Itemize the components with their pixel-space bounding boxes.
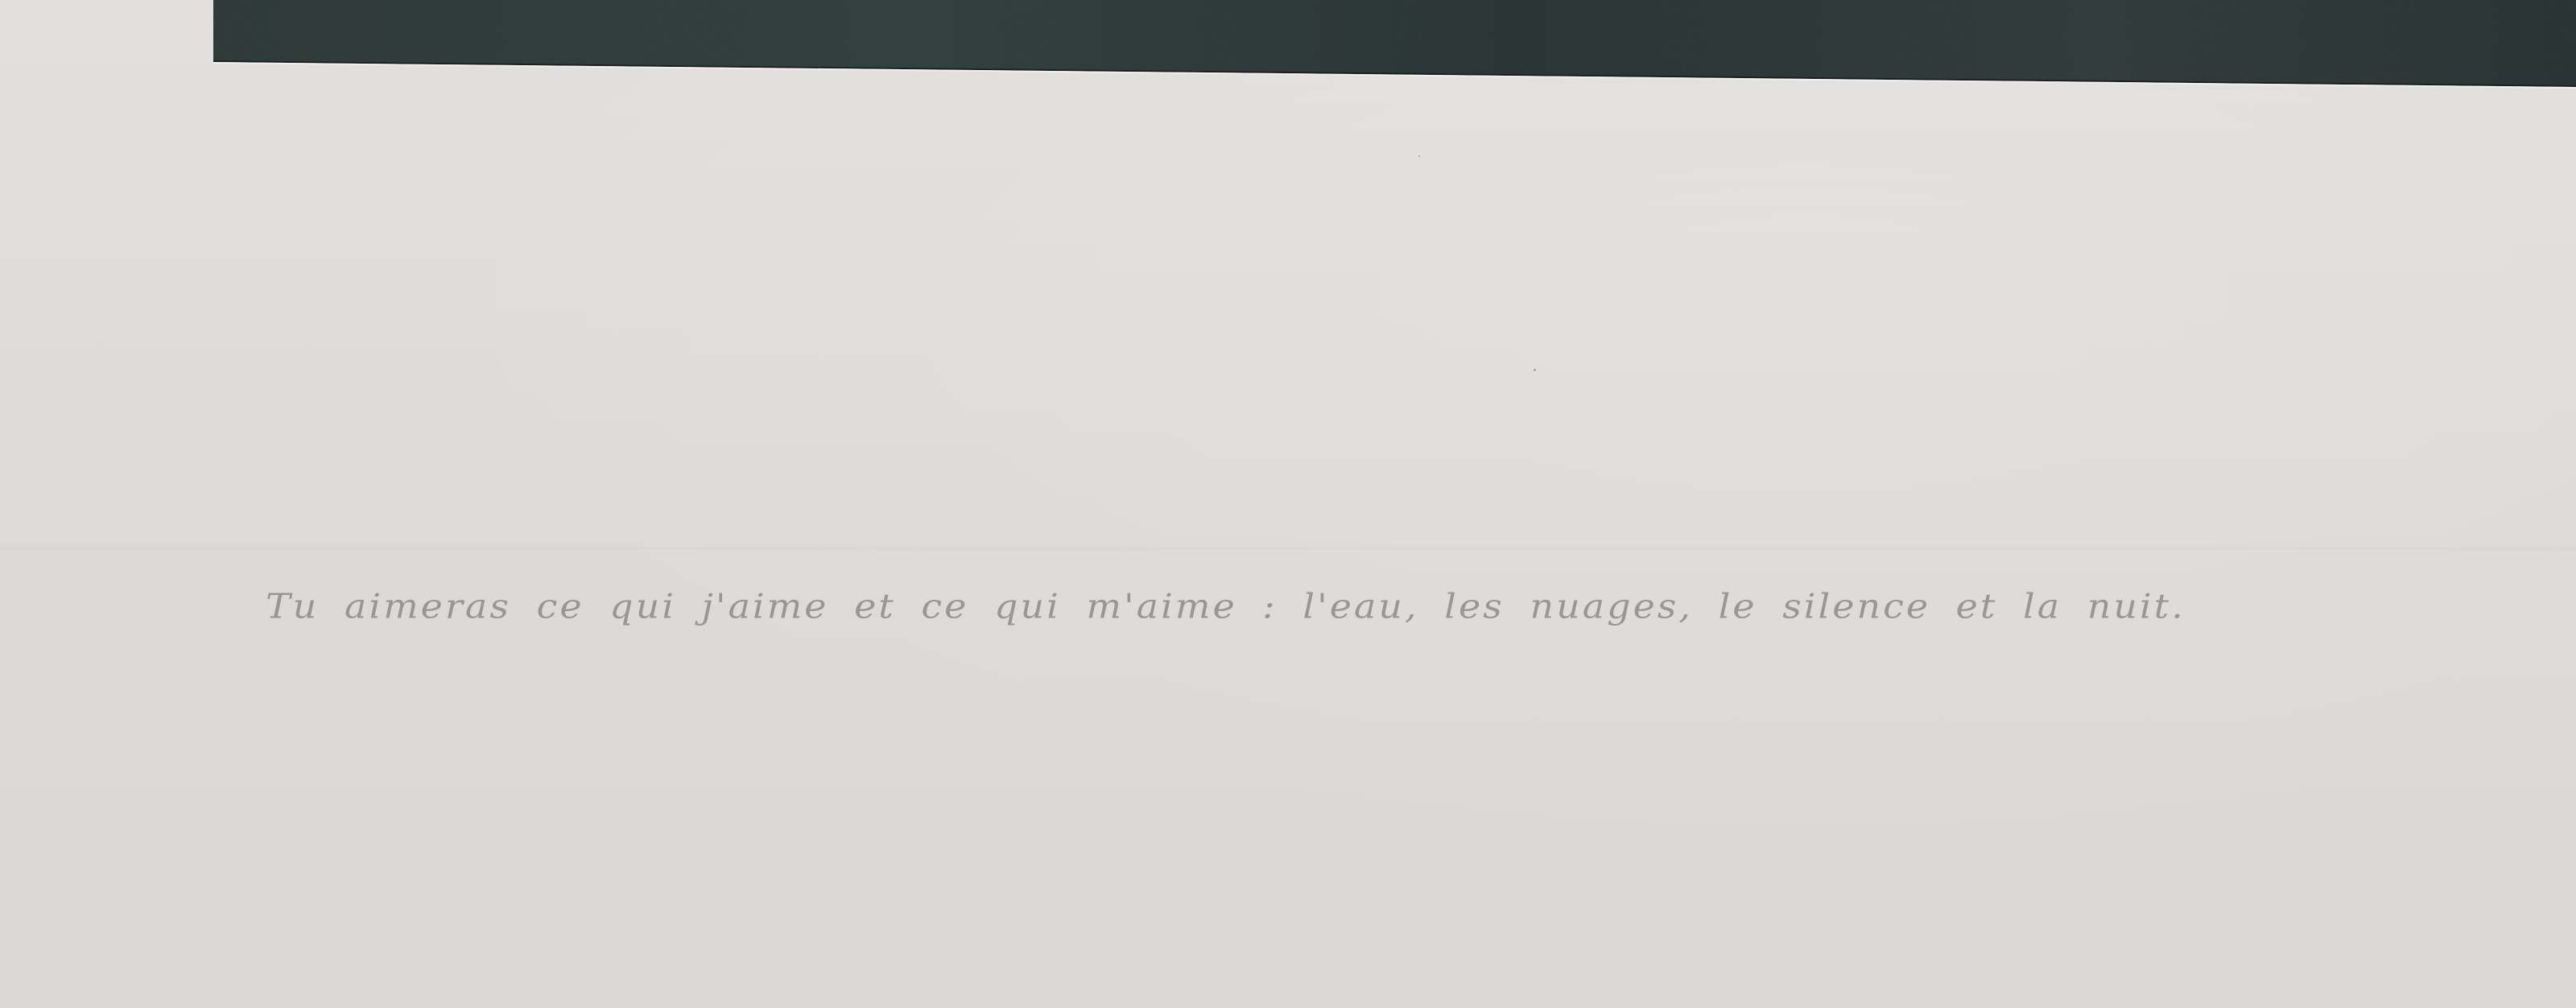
- print-image-edge: [0, 0, 2576, 97]
- plate-mark-line: [0, 546, 2576, 551]
- handwritten-inscription: Tu aimeras ce qui j'aime et ce qui m'aim…: [266, 586, 2294, 626]
- paper-margin: [0, 0, 2576, 1008]
- paper-speck: [1534, 369, 1536, 371]
- paper-speck: [1418, 155, 1420, 157]
